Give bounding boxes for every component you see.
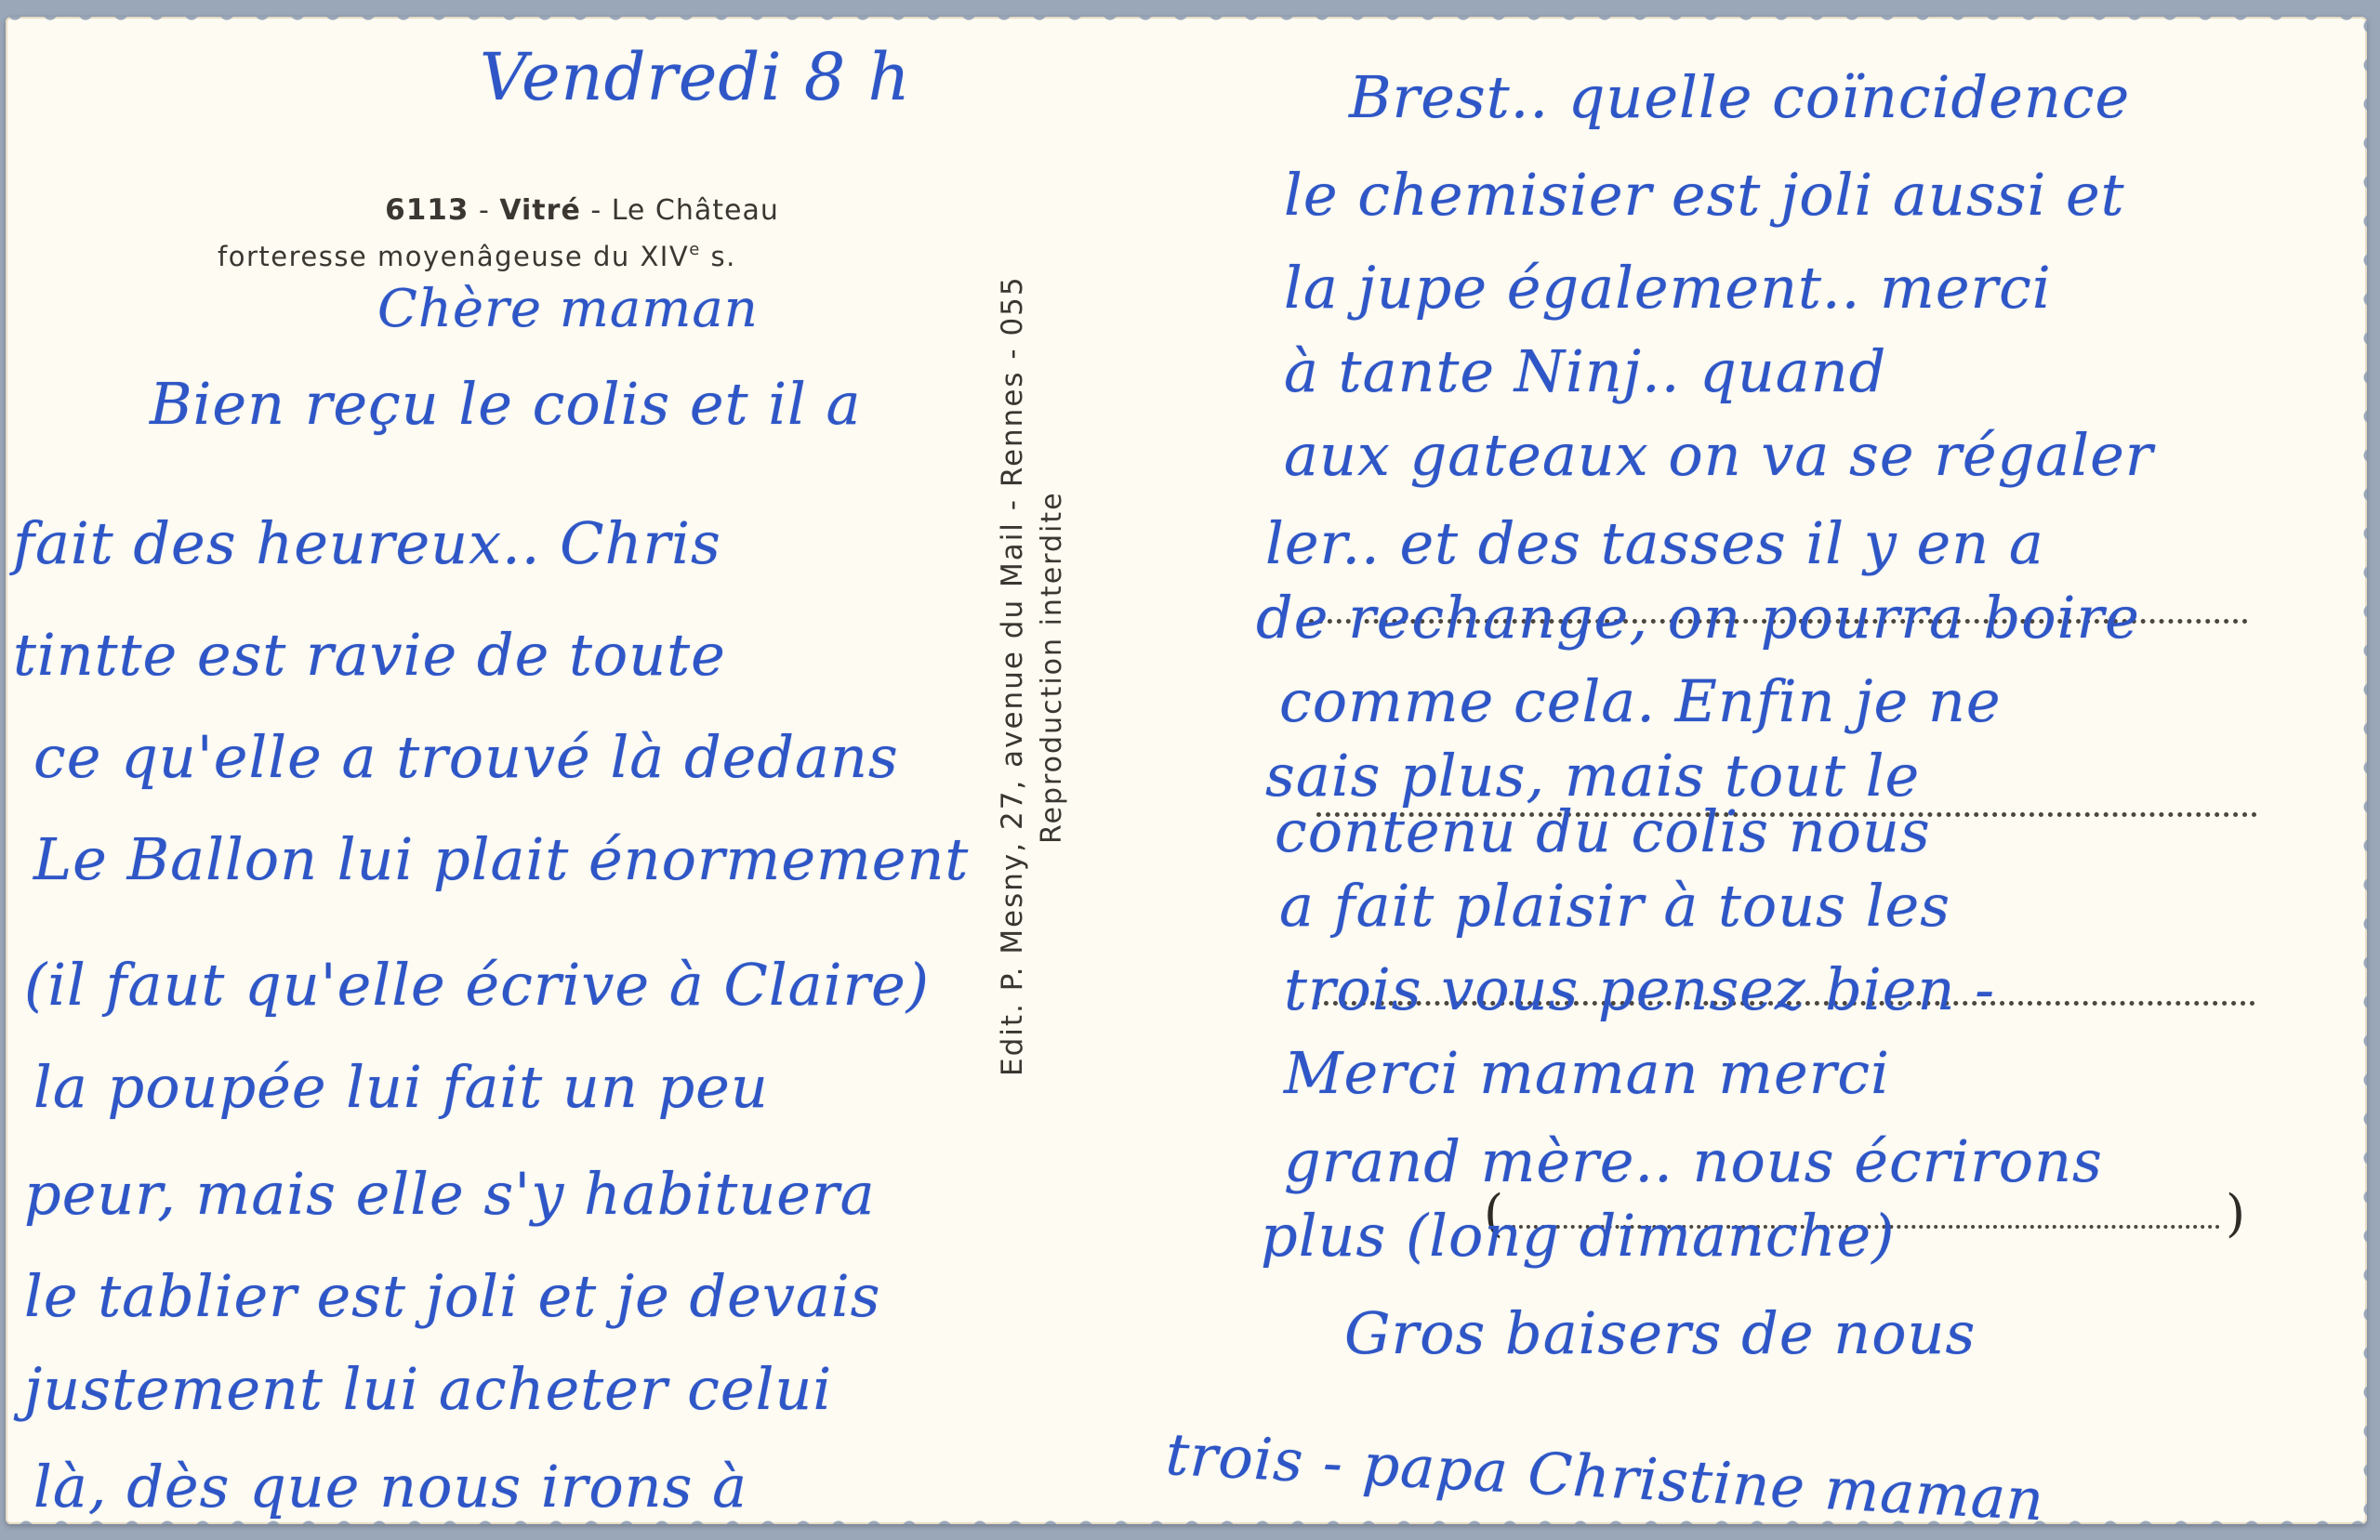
handwritten-line: justement lui acheter celui (24, 1355, 832, 1423)
publisher-imprint: Edit. P. Mesny, 27, avenue du Mail - Ren… (991, 17, 1071, 1076)
handwritten-line: plus (long dimanche) (1261, 1202, 1895, 1270)
handwritten-line: de rechange, on pourra boire (1256, 584, 2140, 652)
handwritten-line: Gros baisers de nous (1344, 1299, 1976, 1367)
copyright-line: Reproduction interdite (1034, 17, 1071, 1076)
postal-paren-close: ) (2226, 1186, 2245, 1242)
handwritten-line: le tablier est joli et je devais (24, 1262, 881, 1330)
handwritten-line: contenu du colis nous (1275, 797, 1931, 865)
handwritten-line: peur, mais elle s'y habituera (24, 1160, 876, 1228)
printed-caption: 6113 - Vitré - Le Château forteresse moy… (219, 191, 945, 277)
handwritten-line: (il faut qu'elle écrive à Claire) (24, 951, 930, 1019)
handwritten-line: fait des heureux.. Chris (13, 509, 721, 577)
handwritten-line: la poupée lui fait un peu (33, 1053, 769, 1121)
handwritten-signature: trois - papa Christine maman (1164, 1420, 2046, 1524)
postcard-back: 6113 - Vitré - Le Château forteresse moy… (6, 17, 2367, 1524)
deckled-edge-top (6, 17, 2367, 26)
deckled-edge-right (2358, 17, 2367, 1524)
caption-number: 6113 (385, 193, 469, 227)
handwritten-line: Brest.. quelle coïncidence (1349, 63, 2130, 131)
handwritten-line: là, dès que nous irons à (33, 1453, 747, 1520)
caption-separator: - (479, 194, 490, 227)
handwritten-line: Le Ballon lui plait énormement (33, 825, 969, 893)
handwritten-line: ler.. et des tasses il y en a (1265, 509, 2044, 577)
caption-subtitle-end: s. (701, 241, 736, 272)
handwritten-date: Vendredi 8 h (480, 39, 911, 115)
handwritten-line: le chemisier est joli aussi et (1284, 161, 2125, 229)
caption-place: Vitré (499, 194, 580, 227)
caption-title: 6113 - Vitré - Le Château (219, 191, 945, 230)
publisher-line: Edit. P. Mesny, 27, avenue du Mail - Ren… (991, 17, 1034, 1076)
handwritten-line: à tante Ninj.. quand (1284, 337, 1886, 405)
handwritten-line: Merci maman merci (1284, 1039, 1890, 1107)
caption-subtitle-sup: e (689, 240, 701, 259)
caption-separator: - (590, 194, 602, 227)
handwritten-line: ce qu'elle a trouvé là dedans (33, 723, 899, 791)
handwritten-line: trois vous pensez bien - (1284, 955, 1995, 1023)
handwritten-line: la jupe également.. merci (1284, 254, 2052, 322)
caption-subtitle: forteresse moyenâgeuse du XIVe s. (218, 230, 945, 277)
handwritten-line: Bien reçu le colis et il a (150, 370, 862, 438)
handwritten-line: a fait plaisir à tous les (1279, 872, 1950, 940)
handwritten-line: tintte est ravie de toute (13, 621, 726, 689)
handwritten-line: aux gateaux on va se régaler (1284, 421, 2153, 489)
handwritten-greeting: Chère maman (377, 279, 759, 339)
caption-subtitle-text: forteresse moyenâgeuse du XIV (218, 241, 689, 272)
handwritten-line: grand mère.. nous écrirons (1284, 1127, 2103, 1195)
handwritten-line: comme cela. Enfin je ne (1279, 667, 2002, 735)
caption-subject: Le Château (612, 194, 779, 227)
